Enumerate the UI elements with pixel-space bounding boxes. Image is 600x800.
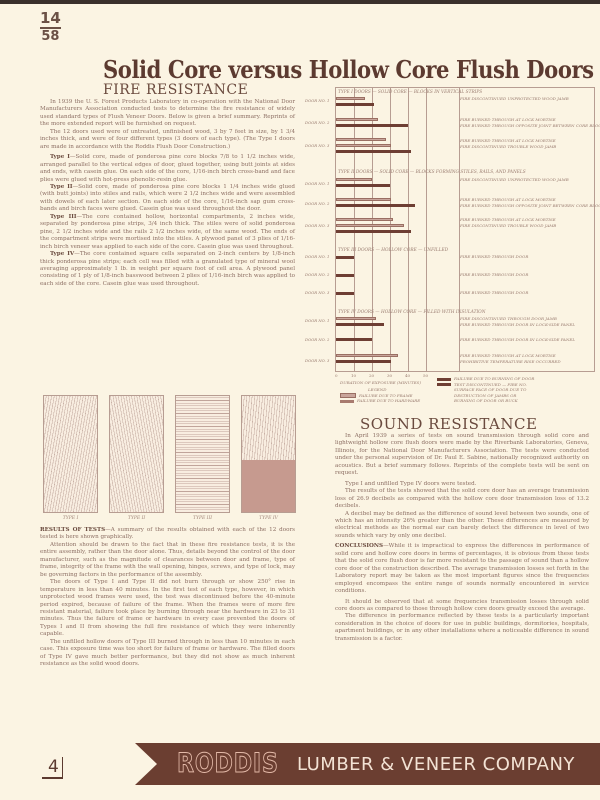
bar-burn [336, 256, 354, 259]
chart-legend-left: LEGEND FAILURE DUE TO FRAME FAILURE DUE … [340, 387, 420, 404]
type2-text: —Solid core, made of ponderosa pine core… [40, 184, 295, 212]
page-number-fraction: 14 58 [40, 10, 61, 45]
bar-note: FIRE DISCONTINUED TROUBLE WOOD JAMB [460, 223, 556, 228]
diagram-caption: TYPE III [193, 516, 212, 521]
bar-note: FIRE BURNED THROUGH AT LOCK MORTISE [460, 217, 556, 222]
chart-legend-right: FAILURE DUE TO BURNING OF DOOR TEST DISC… [437, 376, 537, 404]
diagram-caption: TYPE II [128, 516, 145, 521]
doors-paragraph: The doors of Type I and Type II did not … [40, 579, 295, 639]
sound-paragraph-2: Type I and unfilled Type IV doors were t… [335, 481, 589, 488]
door-label: DOOR NO. 1 [305, 318, 329, 323]
bar-frame [336, 178, 372, 181]
bar-note: FIRE BURNED THROUGH AT LOCK MORTISE [460, 197, 556, 202]
diagram-caption: TYPE IV [259, 516, 278, 521]
type2-label: Type II [50, 184, 73, 190]
legend-item-hardware: FAILURE DUE TO HARDWARE [340, 398, 420, 404]
sound-column: In April 1939 a series of tests on sound… [335, 433, 589, 643]
company-name: LUMBER & VENEER COMPANY [297, 754, 575, 775]
conclusions-text: —While it is impractical to express the … [335, 543, 589, 594]
type2-paragraph: Type II—Solid core, made of ponderosa pi… [40, 184, 295, 214]
group-label: TYPE IV DOORS — HOLLOW CORE — FILLED WIT… [338, 310, 485, 315]
sound-paragraph-6: The difference in performance reflected … [335, 613, 589, 643]
fire-test-chart: TYPE I DOORS — SOLID CORE — BLOCKS IN VE… [335, 87, 595, 372]
attention-paragraph: Attention should be drawn to the fact th… [40, 542, 295, 579]
fire-resistance-heading: FIRE RESISTANCE [103, 82, 248, 98]
scan-top-edge [0, 0, 600, 4]
bar-frame [336, 198, 391, 201]
bar-burn [336, 360, 391, 363]
bar-burn [336, 150, 411, 153]
door-label: DOOR NO. 1 [305, 98, 329, 103]
door-label: DOOR NO. 1 [305, 254, 329, 259]
bar-note: FIRE DISCONTINUED TROUBLE WOOD JAMB [460, 144, 556, 149]
x-tick: 50 [423, 373, 428, 378]
page-number-top: 14 [40, 10, 61, 29]
bar-note: FIRE BURNED THROUGH DOOR [460, 272, 528, 277]
bar-frame [336, 224, 404, 227]
legend-item-discontinued: TEST DISCONTINUED — FIRE NO. SURFACE FAC… [437, 382, 537, 404]
bar-note: FIRE DISCONTINUED THROUGH DOOR JAMB [460, 316, 557, 321]
bar-burn [336, 204, 415, 207]
bar-note: FIRE BURNED THROUGH AT LOCK MORTISE [460, 138, 556, 143]
type1-text: —Solid core, made of ponderosa pine core… [40, 154, 295, 182]
bar-frame [336, 118, 378, 121]
diagram-type-4: TYPE IV [240, 395, 297, 530]
bar-burn [336, 124, 408, 127]
door-label: DOOR NO. 2 [305, 272, 329, 277]
fire-paragraph-1: In 1939 the U. S. Forest Products Labora… [40, 99, 295, 129]
diagram-caption: TYPE I [63, 516, 79, 521]
conclusions-paragraph: CONCLUSIONS—While it is impractical to e… [335, 543, 589, 595]
sound-paragraph-3: The results of the tests showed that the… [335, 488, 589, 510]
bar-burn [336, 338, 372, 341]
page-number-bottom: 4 [42, 757, 63, 779]
bar-note: FIRE BURNED THROUGH DOOR [460, 254, 528, 259]
page-title: Solid Core versus Hollow Core Flush Door… [103, 55, 594, 84]
x-tick: 20 [369, 373, 374, 378]
type4-label: Type IV [50, 251, 74, 257]
diagram-type-2: TYPE II [108, 395, 165, 530]
door-label: DOOR NO. 2 [305, 120, 329, 125]
sound-paragraph-4: A decibel may be defined as the differen… [335, 511, 589, 541]
bar-frame [336, 218, 393, 221]
banner-notch [135, 743, 157, 785]
door-label: DOOR NO. 2 [305, 201, 329, 206]
type1-paragraph: Type I—Solid core, made of ponderosa pin… [40, 154, 295, 184]
type3-text: —The core contained hollow, horizontal c… [40, 214, 295, 250]
fire-intro-column: In 1939 the U. S. Forest Products Labora… [40, 99, 295, 288]
group-label: TYPE II DOORS — SOLID CORE — BLOCKS FORM… [338, 170, 526, 175]
door-label: DOOR NO. 1 [305, 181, 329, 186]
door-label: DOOR NO. 2 [305, 337, 329, 342]
diagram-type-3: TYPE III [174, 395, 231, 530]
bar-burn [336, 274, 354, 277]
bar-burn [336, 184, 390, 187]
company-banner: RODDIS LUMBER & VENEER COMPANY [135, 743, 600, 785]
type1-label: Type I [50, 154, 70, 160]
diagram-type-1: TYPE I [42, 395, 99, 530]
door-label: DOOR NO. 3 [305, 358, 329, 363]
type4-paragraph: Type IV—The core contained square cells … [40, 251, 295, 288]
results-label: RESULTS OF TESTS [40, 527, 105, 533]
roddis-logo: RODDIS [177, 748, 279, 779]
bar-burn [336, 103, 374, 106]
door-core-illustration [43, 395, 98, 513]
x-tick: 10 [351, 373, 356, 378]
bar-frame [336, 144, 391, 147]
type4-text: —The core contained square cells separat… [40, 251, 295, 287]
bar-note: FIRE BURNED THROUGH DOOR IN LOCK-SIDE PA… [460, 322, 575, 327]
x-tick: 40 [405, 373, 410, 378]
bar-frame [336, 138, 386, 141]
notes-divider [459, 88, 460, 371]
conclusions-label: CONCLUSIONS [335, 543, 383, 549]
sound-paragraph-1: In April 1939 a series of tests on sound… [335, 433, 589, 478]
sound-paragraph-5: It should be observed that at some frequ… [335, 599, 589, 614]
bar-note: FIRE BURNED THROUGH OPPOSITE JOINT BETWE… [460, 203, 600, 208]
door-core-illustration [241, 395, 296, 513]
group-label: TYPE I DOORS — SOLID CORE — BLOCKS IN VE… [338, 90, 482, 95]
type3-label: Type III [50, 214, 76, 220]
fire-paragraph-2: The 12 doors used were of untreated, unf… [40, 129, 295, 151]
door-core-diagrams: TYPE I TYPE II TYPE III TYPE IV [42, 395, 297, 530]
bar-note: PROHIBITIVE TEMPERATURE RISE OCCURRED [460, 359, 561, 364]
bar-burn [336, 230, 411, 233]
sound-resistance-heading: SOUND RESISTANCE [360, 415, 537, 433]
bar-note: FIRE BURNED THROUGH AT LOCK MORTISE [460, 353, 556, 358]
door-label: DOOR NO. 3 [305, 290, 329, 295]
bar-note: FIRE BURNED THROUGH AT LOCK MORTISE [460, 117, 556, 122]
bar-note: FIRE BURNED THROUGH DOOR [460, 290, 528, 295]
bar-burn [336, 323, 384, 326]
door-core-illustration [109, 395, 164, 513]
bar-note: FIRE BURNED THROUGH DOOR IN LOCK-SIDE PA… [460, 337, 575, 342]
type3-paragraph: Type III—The core contained hollow, hori… [40, 214, 295, 251]
door-label: DOOR NO. 3 [305, 223, 329, 228]
fire-results-column: RESULTS OF TESTS—A summary of the result… [40, 527, 295, 669]
x-tick: 30 [387, 373, 392, 378]
bar-note: FIRE BURNED THROUGH OPPOSITE JOINT BETWE… [460, 123, 600, 128]
bar-burn [336, 292, 354, 295]
x-tick: 0 [335, 373, 338, 378]
bar-note: FIRE DISCONTINUED UNPROTECTED WOOD JAMB [460, 177, 569, 182]
door-label: DOOR NO. 3 [305, 143, 329, 148]
page-number-sub: 58 [40, 29, 61, 45]
bar-frame [336, 317, 376, 320]
x-axis-title: DURATION OF EXPOSURE (MINUTES) [340, 380, 421, 385]
door-core-illustration [175, 395, 230, 513]
bar-frame [336, 97, 365, 100]
group-label: TYPE III DOORS — HOLLOW CORE — UNFILLED [338, 248, 448, 253]
unfilled-paragraph: The unfilled hollow doors of Type III bu… [40, 639, 295, 669]
bar-note: FIRE DISCONTINUED UNPROTECTED WOOD JAMB [460, 96, 569, 101]
bar-frame [336, 354, 398, 357]
gridline [426, 88, 427, 371]
results-paragraph: RESULTS OF TESTS—A summary of the result… [40, 527, 295, 542]
